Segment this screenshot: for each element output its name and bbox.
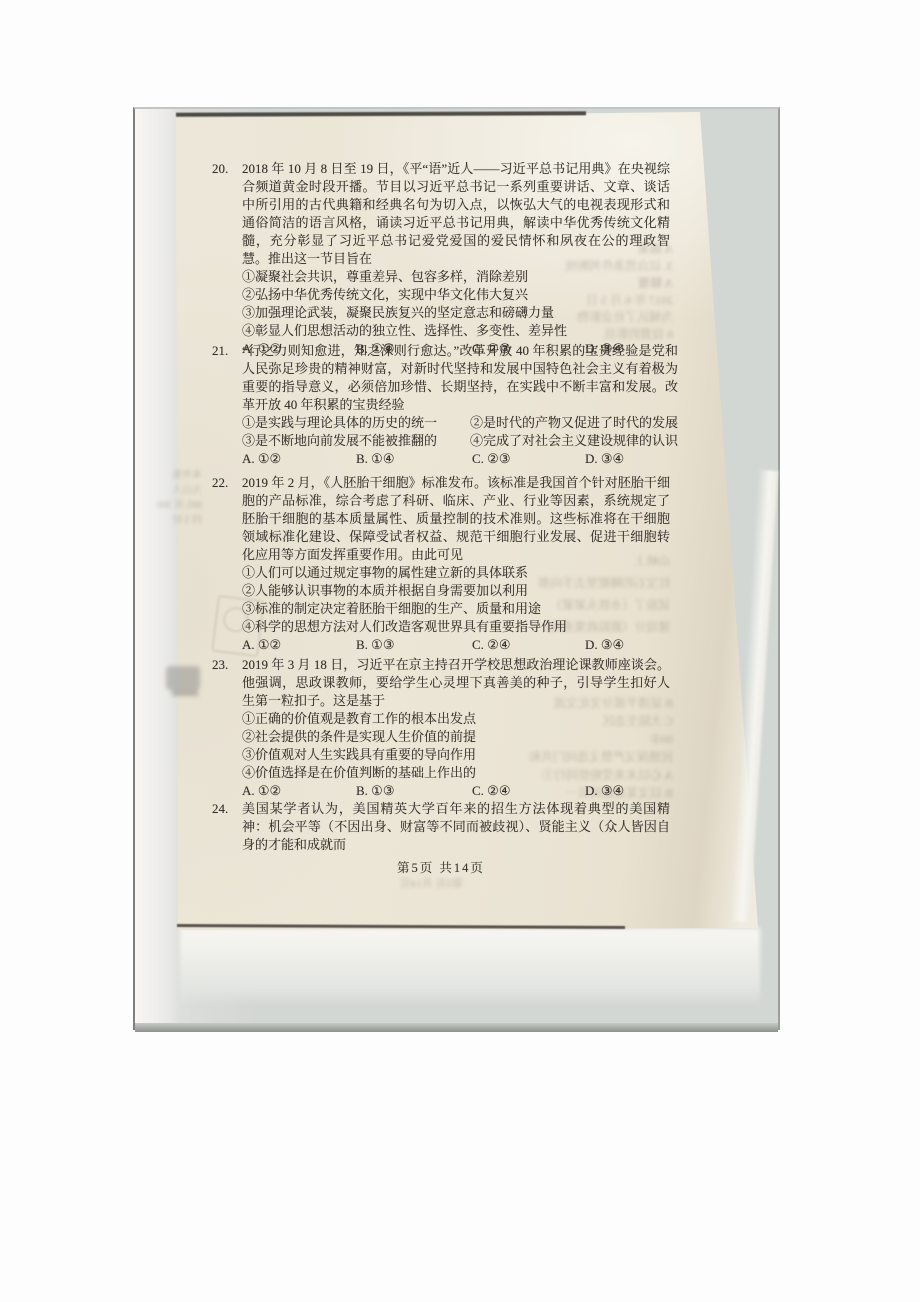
option-item: ①人们可以通过规定事物的属性建立新的具体联系: [242, 564, 670, 582]
question-stem: 美国某学者认为，美国精英大学百年来的招生方法体现着典型的美国精神：机会平等（不因…: [242, 800, 670, 854]
question-number: 20.: [212, 160, 242, 358]
scan-left-highlight: [135, 109, 179, 1030]
choice-c: C. ②③: [472, 450, 585, 468]
option-item: ③标准的制定决定着胚胎干细胞的生产、质量和用途: [242, 600, 670, 618]
option-item: ②弘扬中华优秀传统文化，实现中华文化伟大复兴: [242, 286, 670, 304]
scanned-exam-page: A 确案 3. 以自然条件判断统 A 糠覆 2017 年 6 月 5 日 为城认…: [0, 0, 920, 1302]
ghost-line: 本外集: [140, 468, 202, 483]
choice-b: B. ①③: [356, 636, 472, 654]
ghost-line: 四 5 时: [140, 513, 202, 528]
bleedthrough-footer: 第5页 共14页: [400, 876, 463, 893]
question-stem: 2019 年 3 月 18 日，习近平在京主持召开学校思想政治理论课教师座谈会。…: [242, 656, 670, 710]
choice-c: C. ②④: [472, 636, 585, 654]
question-block: 21. “行之力则知愈进，知之深则行愈达。”改革开放 40 年积累的宝贵经验是党…: [212, 342, 670, 468]
question-number: 22.: [212, 474, 242, 654]
option-item: ①正确的价值观是教育工作的根本出发点: [242, 710, 670, 728]
question-block: 20. 2018 年 10 月 8 日至 19 日，《平“语”近人——习近平总书…: [212, 160, 670, 358]
bleedthrough-text-block: 本外集 大山人 005 页 300 四 5 时: [140, 468, 202, 528]
option-item: ③价值观对人生实践具有重要的导向作用: [242, 746, 670, 764]
choice-d: D. ③④: [585, 636, 670, 654]
choice-b: B. ①④: [356, 450, 472, 468]
question-block: 24. 美国某学者认为，美国精英大学百年来的招生方法体现着典型的美国精神：机会平…: [212, 800, 670, 854]
option-item: ④价值选择是在价值判断的基础上作出的: [242, 764, 670, 782]
question-number: 23.: [212, 656, 242, 800]
ghost-line: 大山人: [140, 483, 202, 498]
choice-a: A. ①②: [242, 636, 356, 654]
option-item: ①是实践与理论具体的历史的统一: [242, 414, 470, 432]
scan-bottom-shadow: [135, 1023, 778, 1032]
option-item: ③加强理论武装，凝聚民族复兴的坚定意志和磅礴力量: [242, 304, 670, 322]
choices-row: A. ①② B. ①③ C. ②④ D. ③④: [242, 636, 670, 654]
ghost-line: 第5页 共14页: [400, 876, 463, 893]
option-item: ③是不断地向前发展不能被推翻的: [242, 432, 470, 450]
question-number: 24.: [212, 800, 242, 854]
choice-a: A. ①②: [242, 450, 356, 468]
option-item: ④完成了对社会主义建设规律的认识: [470, 432, 678, 450]
choice-d: D. ③④: [585, 782, 670, 800]
paper-bottom-glow: [180, 928, 760, 1006]
question-stem: 2019 年 2 月，《人胚胎干细胞》标准发布。该标准是我国首个针对胚胎干细胞的…: [242, 474, 670, 564]
question-stem: “行之力则知愈进，知之深则行愈达。”改革开放 40 年积累的宝贵经验是党和人民弥…: [242, 342, 678, 414]
choice-a: A. ①②: [242, 782, 356, 800]
option-item: ②是时代的产物又促进了时代的发展: [470, 414, 678, 432]
question-block: 23. 2019 年 3 月 18 日，习近平在京主持召开学校思想政治理论课教师…: [212, 656, 670, 800]
option-item: ②人能够认识事物的本质并根据自身需要加以利用: [242, 582, 670, 600]
choice-d: D. ③④: [585, 450, 678, 468]
choice-b: B. ①③: [356, 782, 472, 800]
question-block: 22. 2019 年 2 月，《人胚胎干细胞》标准发布。该标准是我国首个针对胚胎…: [212, 474, 670, 654]
choices-row: A. ①② B. ①④ C. ②③ D. ③④: [242, 450, 678, 468]
option-item: ④科学的思想方法对人们改造客观世界具有重要指导作用: [242, 618, 670, 636]
choices-row: A. ①② B. ①③ C. ②④ D. ③④: [242, 782, 670, 800]
smudge-artifact: [166, 666, 200, 690]
option-item: ①凝聚社会共识，尊重差异、包容多样，消除差别: [242, 268, 670, 286]
choice-c: C. ②④: [472, 782, 585, 800]
page-footer: 第5页 共14页: [212, 858, 670, 876]
ghost-line: 005 页 300: [140, 498, 202, 513]
option-item: ④彰显人们思想活动的独立性、选择性、多变性、差异性: [242, 322, 670, 340]
option-pairs: ①是实践与理论具体的历史的统一 ②是时代的产物又促进了时代的发展 ③是不断地向前…: [242, 414, 678, 450]
question-number: 21.: [212, 342, 242, 468]
question-stem: 2018 年 10 月 8 日至 19 日，《平“语”近人——习近平总书记用典》…: [242, 160, 670, 268]
option-item: ②社会提供的条件是实现人生价值的前提: [242, 728, 670, 746]
